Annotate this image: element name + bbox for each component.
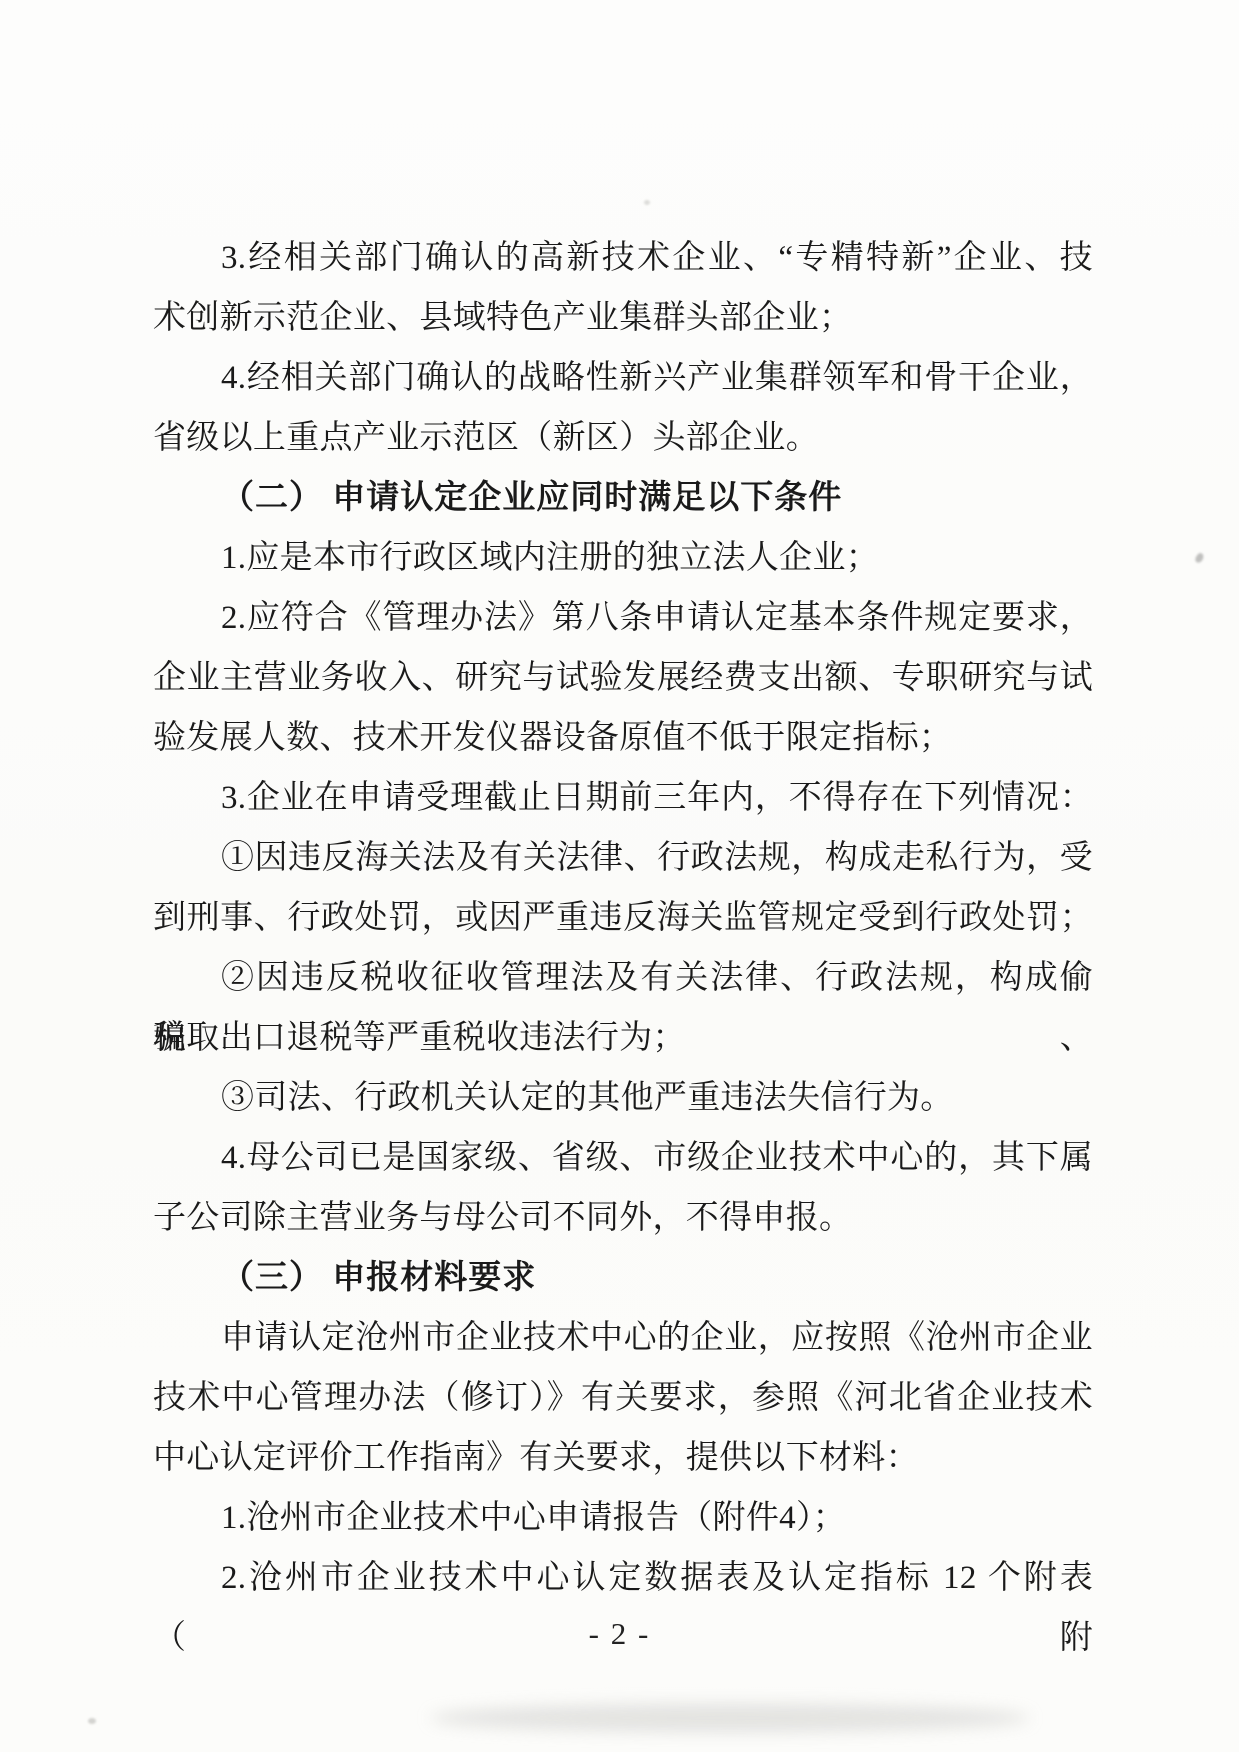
paragraph-line: 验发展人数、技术开发仪器设备原值不低于限定指标； — [153, 708, 1093, 768]
scan-speck-artifact — [1194, 552, 1205, 564]
paragraph-line: 企业主营业务收入、研究与试验发展经费支出额、专职研究与试 — [153, 648, 1093, 708]
paragraph-line: 术创新示范企业、县域特色产业集群头部企业； — [153, 288, 1093, 348]
paragraph-line: ③司法、行政机关认定的其他严重违法失信行为。 — [153, 1068, 1093, 1128]
section-heading: （二） 申请认定企业应同时满足以下条件 — [153, 468, 1093, 528]
paragraph-line: 1.应是本市行政区域内注册的独立法人企业； — [153, 528, 1093, 588]
paragraph-line: 子公司除主营业务与母公司不同外，不得申报。 — [153, 1188, 1093, 1248]
paragraph-line: 3.企业在申请受理截止日期前三年内，不得存在下列情况： — [153, 768, 1093, 828]
paragraph-line: ②因违反税收征收管理法及有关法律、行政法规，构成偷税、 — [153, 948, 1093, 1008]
paragraph-line: 中心认定评价工作指南》有关要求，提供以下材料： — [153, 1428, 1093, 1488]
paragraph-line: 3.经相关部门确认的高新技术企业、“专精特新”企业、技 — [153, 228, 1093, 288]
scan-speck-artifact — [88, 1718, 96, 1724]
scan-speck-artifact — [644, 200, 650, 205]
paragraph-line: 4.经相关部门确认的战略性新兴产业集群领军和骨干企业， — [153, 348, 1093, 408]
paragraph-line: 1.沧州市企业技术中心申请报告（附件4）； — [153, 1488, 1093, 1548]
paragraph-line: 申请认定沧州市企业技术中心的企业，应按照《沧州市企业 — [153, 1308, 1093, 1368]
document-body: 3.经相关部门确认的高新技术企业、“专精特新”企业、技 术创新示范企业、县域特色… — [153, 228, 1093, 1608]
paragraph-line: 省级以上重点产业示范区（新区）头部企业。 — [153, 408, 1093, 468]
paragraph-line: 2.沧州市企业技术中心认定数据表及认定指标 12 个附表（附 — [153, 1548, 1093, 1608]
section-heading: （三） 申报材料要求 — [153, 1248, 1093, 1308]
paragraph-line: 2.应符合《管理办法》第八条申请认定基本条件规定要求， — [153, 588, 1093, 648]
scanned-document-page: 3.经相关部门确认的高新技术企业、“专精特新”企业、技 术创新示范企业、县域特色… — [0, 0, 1239, 1752]
paragraph-line: ①因违反海关法及有关法律、行政法规，构成走私行为，受 — [153, 828, 1093, 888]
paragraph-line: 技术中心管理办法（修订）》有关要求，参照《河北省企业技术 — [153, 1368, 1093, 1428]
paragraph-line: 4.母公司已是国家级、省级、市级企业技术中心的，其下属 — [153, 1128, 1093, 1188]
scan-smudge-artifact — [430, 1704, 1030, 1732]
page-number: - 2 - — [0, 1604, 1239, 1664]
paragraph-line: 到刑事、行政处罚，或因严重违反海关监管规定受到行政处罚； — [153, 888, 1093, 948]
